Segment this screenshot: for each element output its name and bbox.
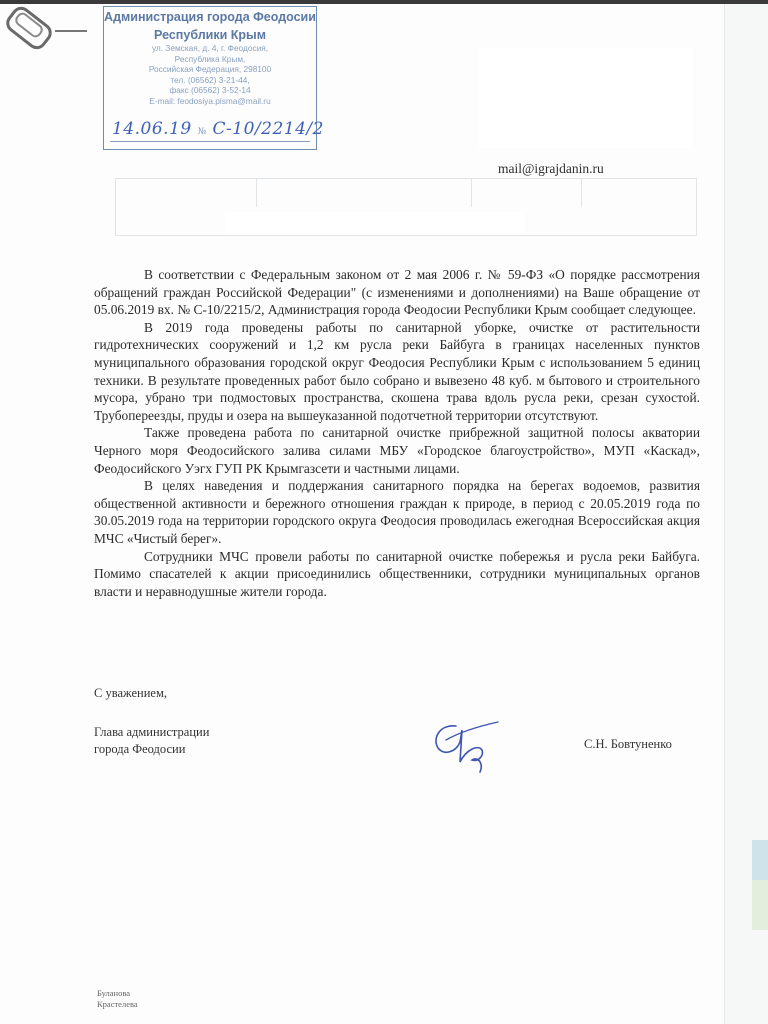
paragraph: Также проведена работа по санитарной очи… <box>94 424 700 477</box>
paragraph: Сотрудники МЧС провели работы по санитар… <box>94 548 700 601</box>
stamp-fax: факс (06562) 3-52-14 <box>104 85 316 96</box>
executor-name: Буланова <box>97 988 138 999</box>
edge-tab-green <box>752 880 768 930</box>
stamp-address-line: ул. Земская, д. 4, г. Феодосия, <box>104 43 316 54</box>
stamp-phone: тел. (06562) 3-21-44, <box>104 75 316 86</box>
number-sign: № <box>198 127 207 137</box>
paragraph: В соответствии с Федеральным законом от … <box>94 266 700 319</box>
paragraph: В 2019 года проведены работы по санитарн… <box>94 319 700 425</box>
registration-number: С-10/2214/2 <box>213 119 324 139</box>
redacted-line <box>225 212 525 234</box>
signer-title-line-1: Глава администрации <box>94 724 209 741</box>
executors: Буланова Крастелева <box>97 988 138 1010</box>
bleed-through-cell <box>471 179 582 207</box>
bleed-through-cell <box>256 179 472 207</box>
stamp-underline <box>110 141 310 142</box>
stamp-address-line: Республика Крым, <box>104 54 316 65</box>
registration-date: 14.06.19 <box>112 119 192 139</box>
signer-title: Глава администрации города Феодосии <box>94 724 209 758</box>
stamp-org-line-2: Республики Крым <box>104 28 316 43</box>
letter-body: В соответствии с Федеральным законом от … <box>94 266 700 600</box>
closing-salutation: С уважением, <box>94 686 167 701</box>
signature-icon <box>426 716 506 776</box>
registration-stamp: Администрация города Феодосии Республики… <box>103 6 317 150</box>
executor-name: Крастелева <box>97 999 138 1010</box>
redacted-address-block <box>478 48 693 148</box>
bleed-through-cell <box>116 179 257 207</box>
recipient-email: mail@igrajdanin.ru <box>498 161 604 177</box>
signer-name: С.Н. Бовтуненко <box>584 737 672 752</box>
stamp-email: E-mail: feodosiya.pisma@mail.ru <box>104 96 316 107</box>
stamp-org-line-1: Администрация города Феодосии <box>104 10 316 25</box>
edge-tab-blue <box>752 840 768 880</box>
paragraph: В целях наведения и поддержания санитарн… <box>94 477 700 547</box>
dash-mark <box>55 30 87 32</box>
signer-title-line-2: города Феодосии <box>94 741 209 758</box>
stamp-address-line: Российская Федерация, 298100 <box>104 64 316 75</box>
handwritten-registration: 14.06.19 № С-10/2214/2 <box>112 119 324 139</box>
